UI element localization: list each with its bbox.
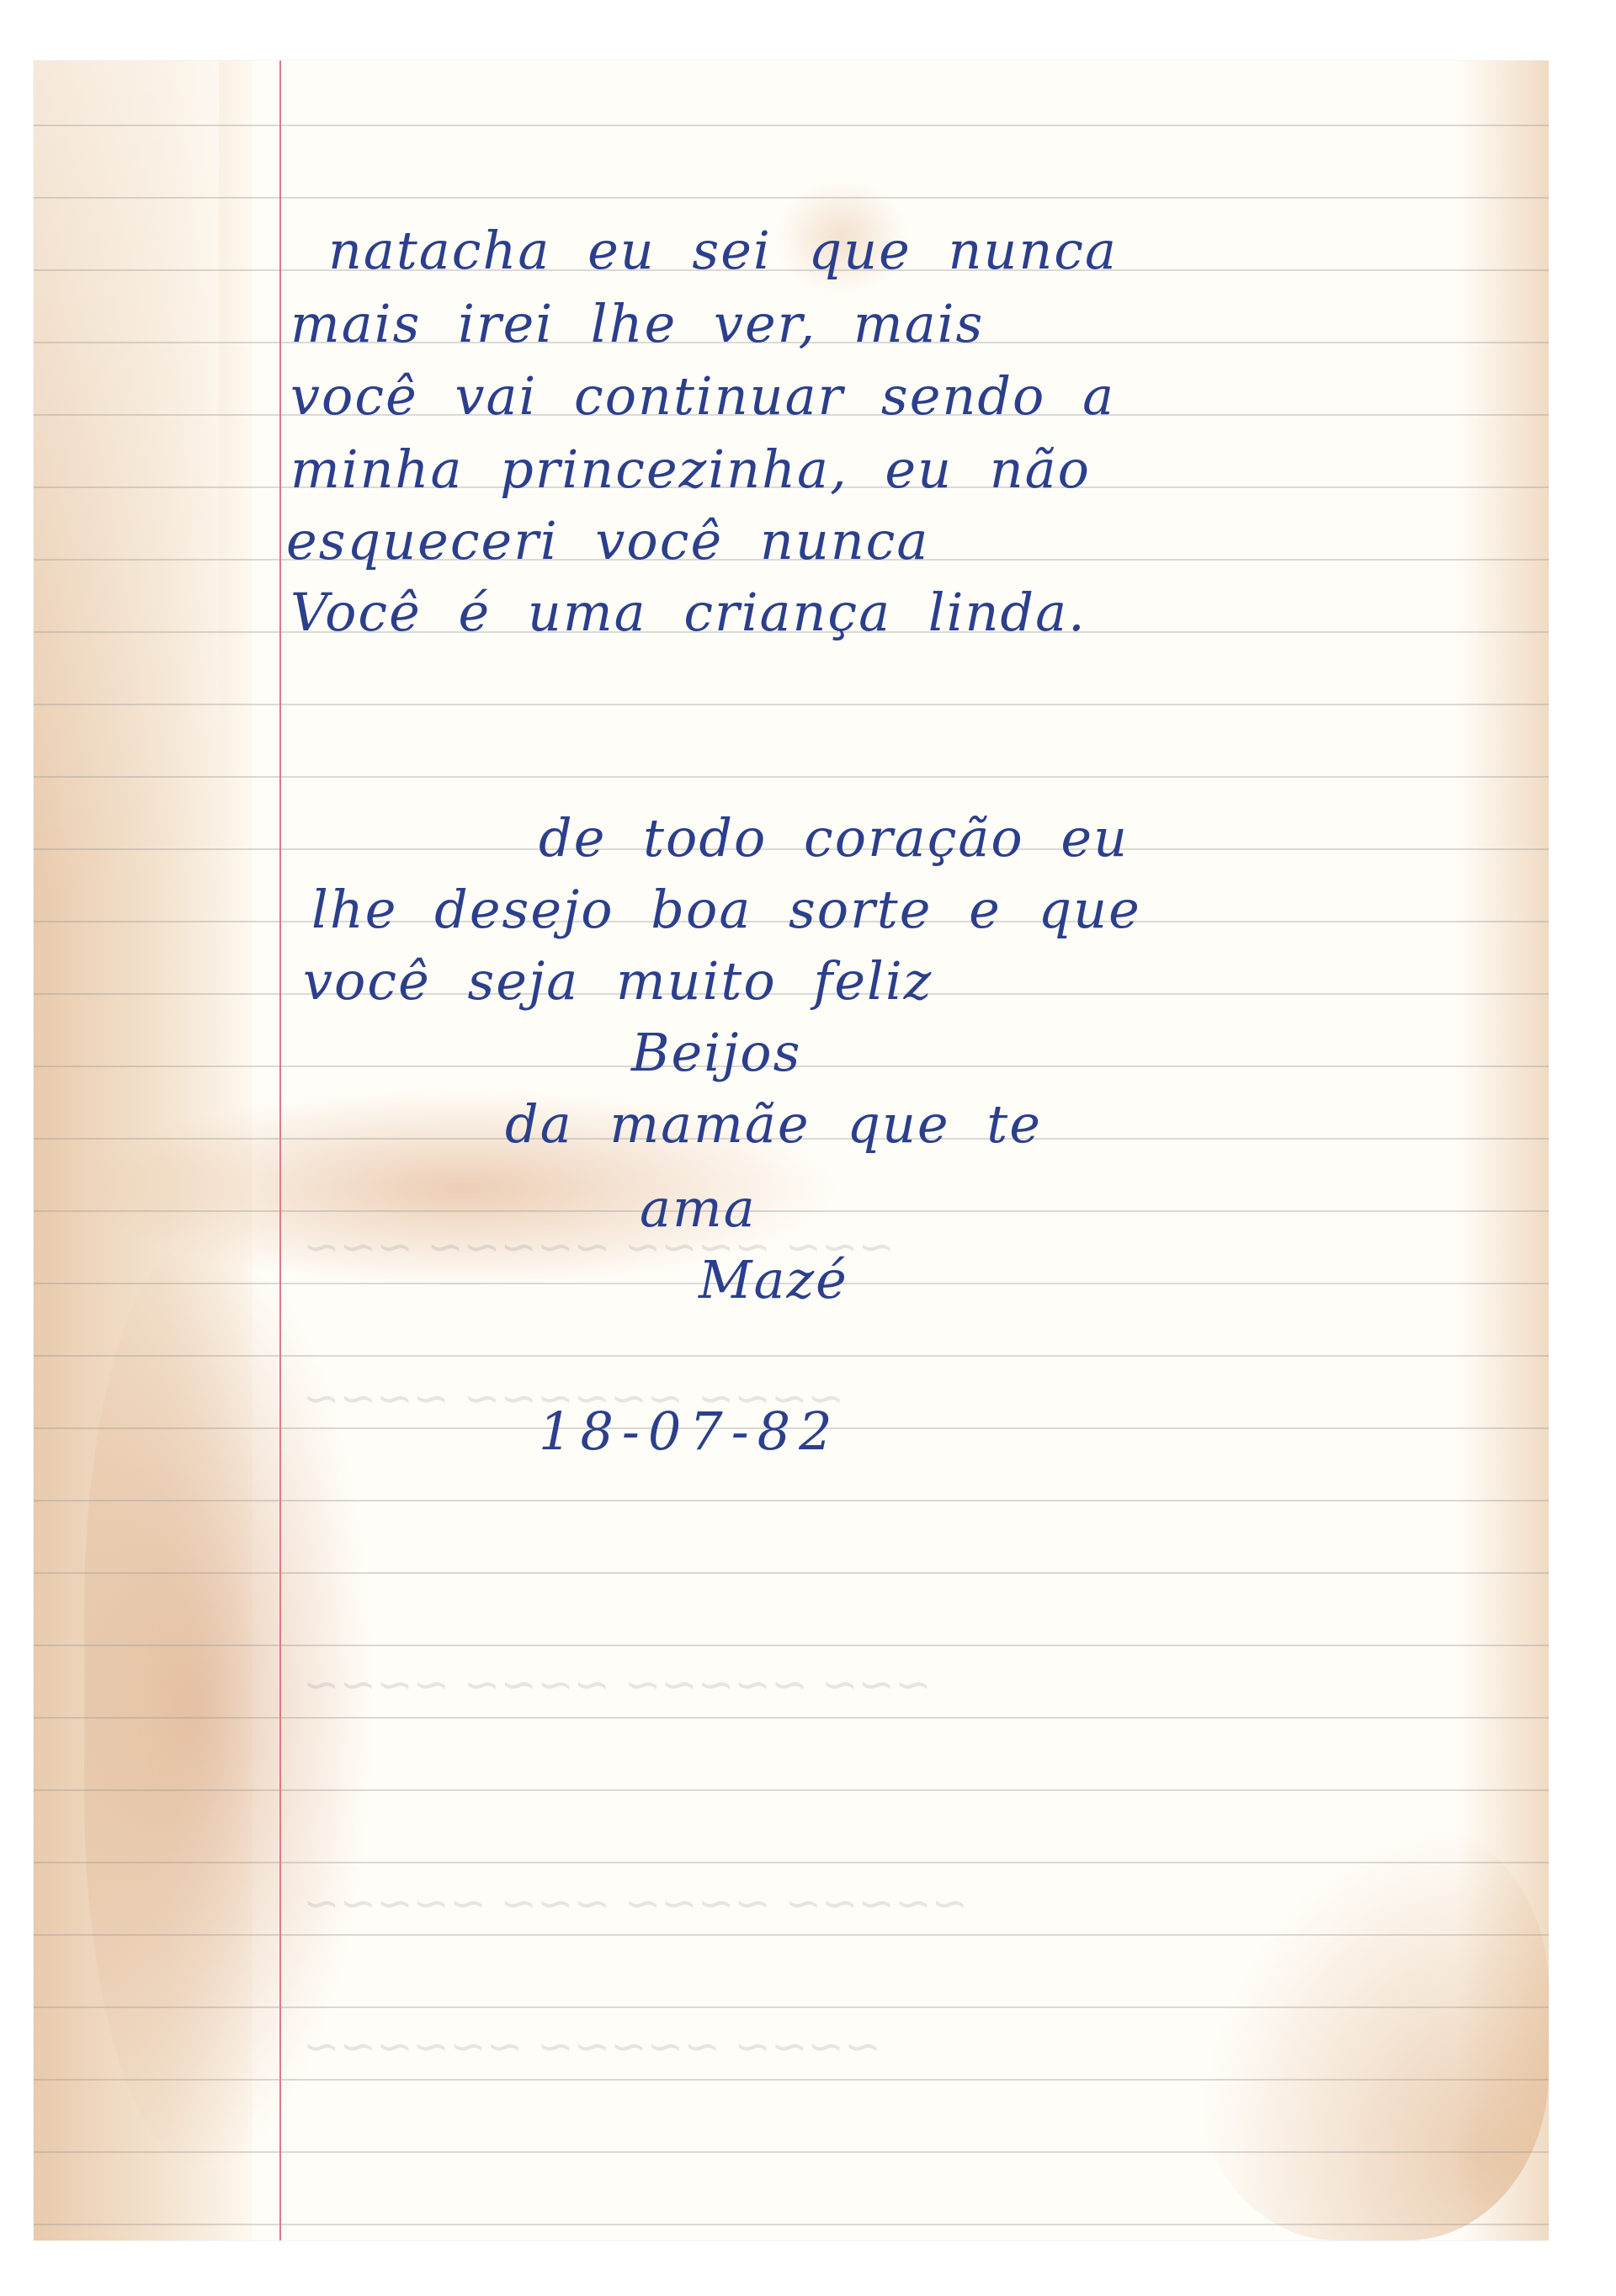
- ruled-line: [34, 2006, 1549, 2008]
- letter-p2-line-1: de todo coração eu: [539, 812, 1129, 864]
- ruled-line: [34, 704, 1549, 705]
- letter-line-5: esqueceri você nunca: [286, 515, 929, 567]
- water-stain-bottom-right: [1195, 1820, 1549, 2240]
- closing-beijos: Beijos: [631, 1027, 801, 1079]
- letter-line-4: minha princezinha, eu não: [290, 444, 1091, 496]
- bleed-through-text: ~~~ ~~~~~ ~~~~ ~~~~: [303, 1660, 932, 1710]
- ruled-line: [34, 2151, 1549, 2153]
- ruled-line: [34, 125, 1549, 126]
- signature: Mazé: [699, 1254, 848, 1306]
- letter-line-2: mais irei lhe ver, mais: [290, 298, 984, 350]
- letter-date: 18-07-82: [539, 1406, 841, 1458]
- bleed-through-text: ~~~~~ ~~~~ ~~~ ~~~~~: [303, 1879, 968, 1929]
- ruled-line: [34, 1210, 1549, 1212]
- water-stain-lower-left: [84, 1239, 370, 2165]
- ruled-line: [34, 1789, 1549, 1791]
- letter-paper: ~~~ ~~~~ ~~~~~ ~~~ ~~~~ ~~~~~~ ~~~~ ~~~ …: [34, 61, 1549, 2240]
- ruled-line: [34, 1572, 1549, 1574]
- ruled-line: [34, 1934, 1549, 1936]
- ruled-line: [34, 197, 1549, 199]
- ruled-line: [34, 1500, 1549, 1501]
- letter-line-1: natacha eu sei que nunca: [328, 225, 1118, 277]
- letter-line-3: você vai continuar sendo a: [290, 370, 1115, 423]
- letter-p2-line-3: você seja muito feliz: [303, 955, 933, 1007]
- letter-p2-line-2: lhe desejo boa sorte e que: [311, 884, 1141, 936]
- water-stain-left: [34, 61, 252, 2240]
- ruled-line: [34, 1717, 1549, 1719]
- ruled-line: [34, 2224, 1549, 2225]
- ruled-line: [34, 2079, 1549, 2081]
- ruled-line: [34, 1862, 1549, 1863]
- ruled-line: [34, 1645, 1549, 1646]
- letter-line-6: Você é uma criança linda.: [290, 587, 1087, 639]
- closing-ama: ama: [640, 1183, 757, 1235]
- red-margin-line: [279, 61, 281, 2240]
- water-stain-right-edge: [1456, 61, 1549, 2240]
- bleed-through-text: ~~~~ ~~~~~ ~~~~~~: [303, 2022, 881, 2072]
- ruled-line: [34, 776, 1549, 778]
- closing-da-mamae: da mamãe que te: [505, 1098, 1042, 1151]
- ruled-line: [34, 1355, 1549, 1357]
